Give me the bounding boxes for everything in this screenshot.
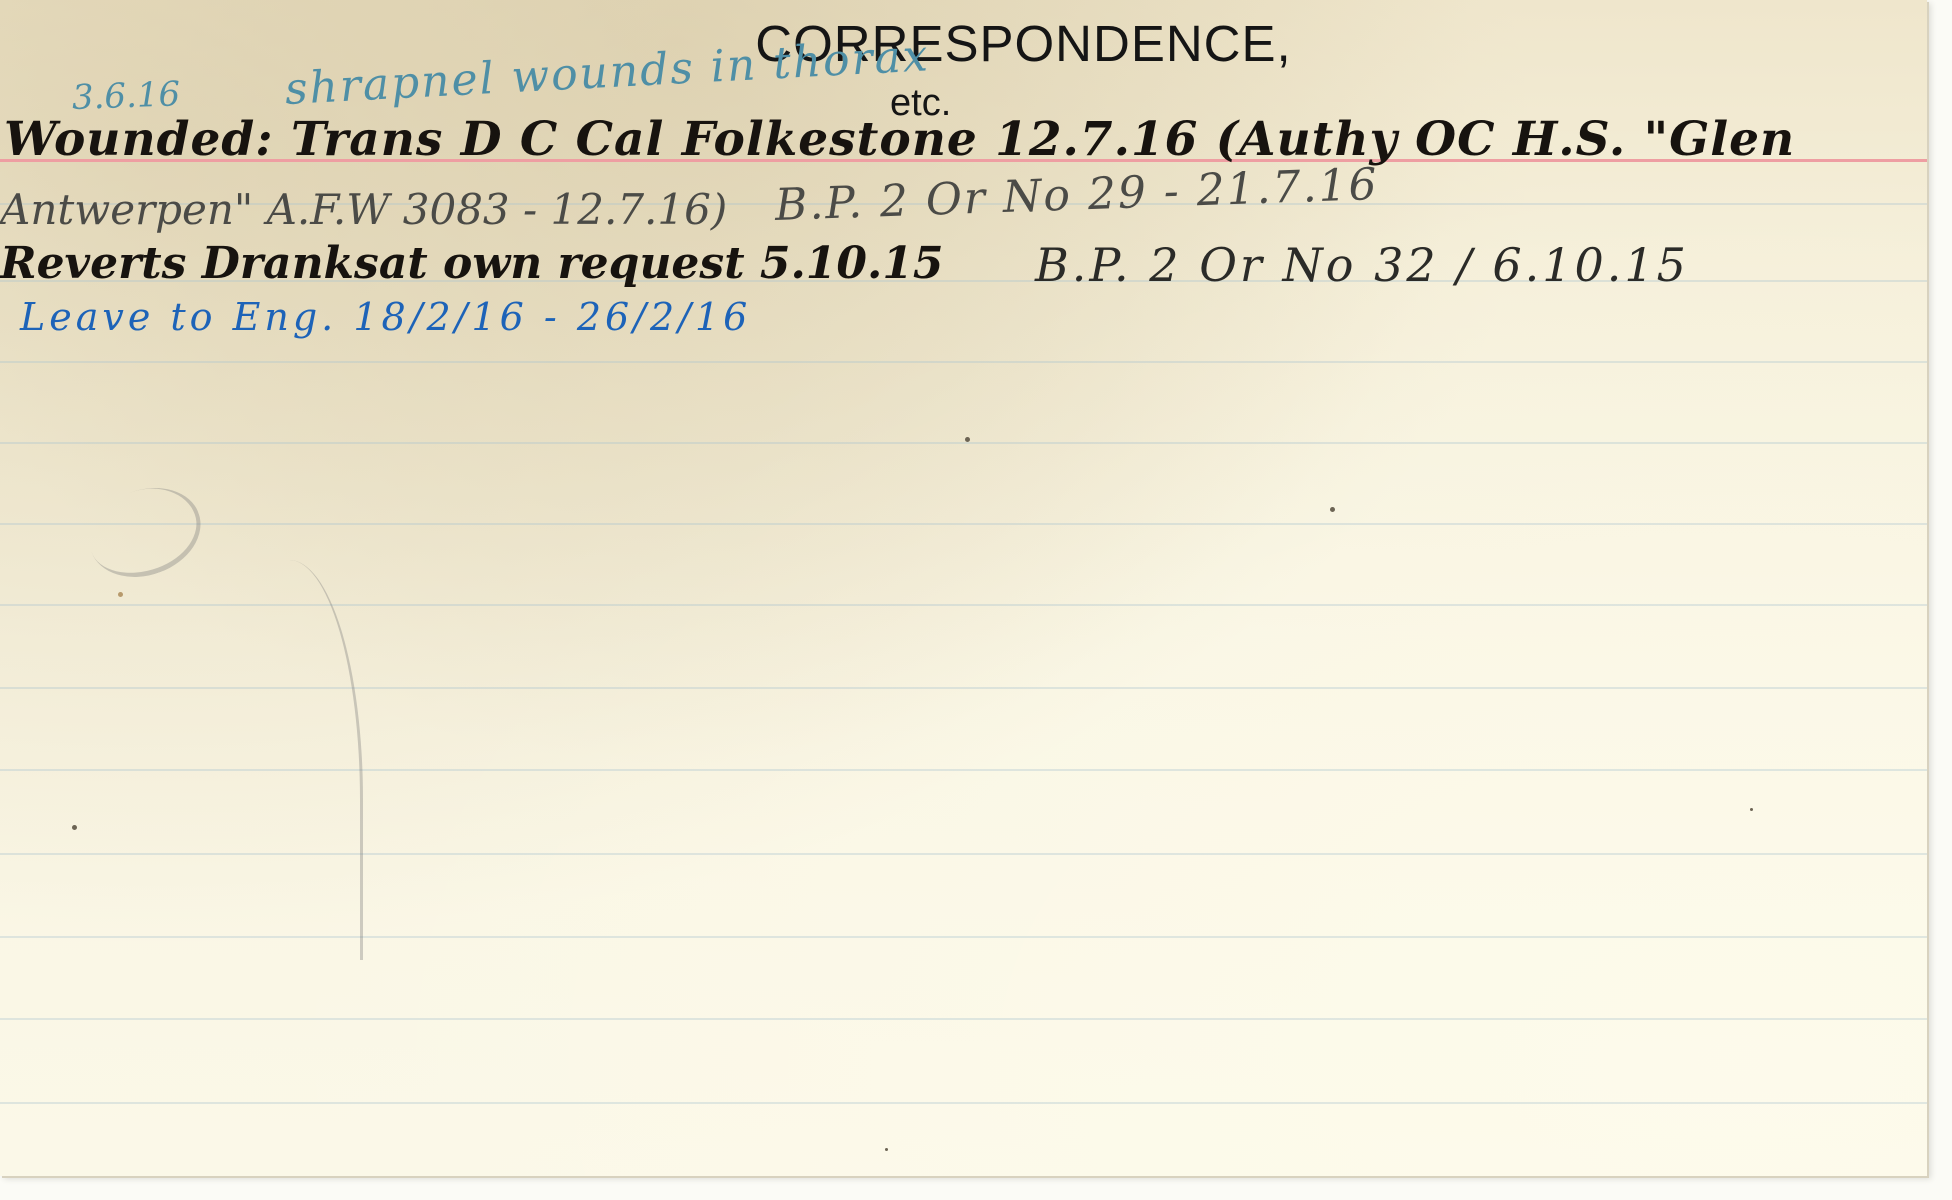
- entry-leave: Leave to Eng. 18/2/16 - 26/2/16: [20, 295, 751, 339]
- entry-antwerpen: Antwerpen" A.F.W 3083 - 12.7.16): [0, 185, 727, 234]
- paper-speck: [72, 825, 77, 830]
- entry-bp-29: B.P. 2 Or No 29 - 21.7.16: [774, 159, 1379, 231]
- pencil-mark: [240, 560, 363, 960]
- paper-speck: [885, 1148, 888, 1151]
- correspondence-card: CORRESPONDENCE, etc. 3.6.16 shrapnel wou…: [0, 0, 1927, 1176]
- paper-speck: [118, 592, 123, 597]
- entry-bp-32: B.P. 2 Or No 32 / 6.10.15: [1035, 238, 1689, 292]
- pencil-mark: [77, 473, 213, 592]
- paper-speck: [1330, 507, 1335, 512]
- ruled-line: [0, 523, 1927, 525]
- ruled-line: [0, 442, 1927, 444]
- paper-speck: [965, 437, 970, 442]
- ruled-line: [0, 361, 1927, 363]
- ruled-line: [0, 1102, 1927, 1104]
- ruled-line: [0, 1018, 1927, 1020]
- paper-speck: [1750, 808, 1753, 811]
- entry-reverts: Reverts Dranksat own request 5.10.15: [0, 238, 944, 289]
- entry-wounded-transfer: Wounded: Trans D C Cal Folkestone 12.7.1…: [4, 112, 1795, 167]
